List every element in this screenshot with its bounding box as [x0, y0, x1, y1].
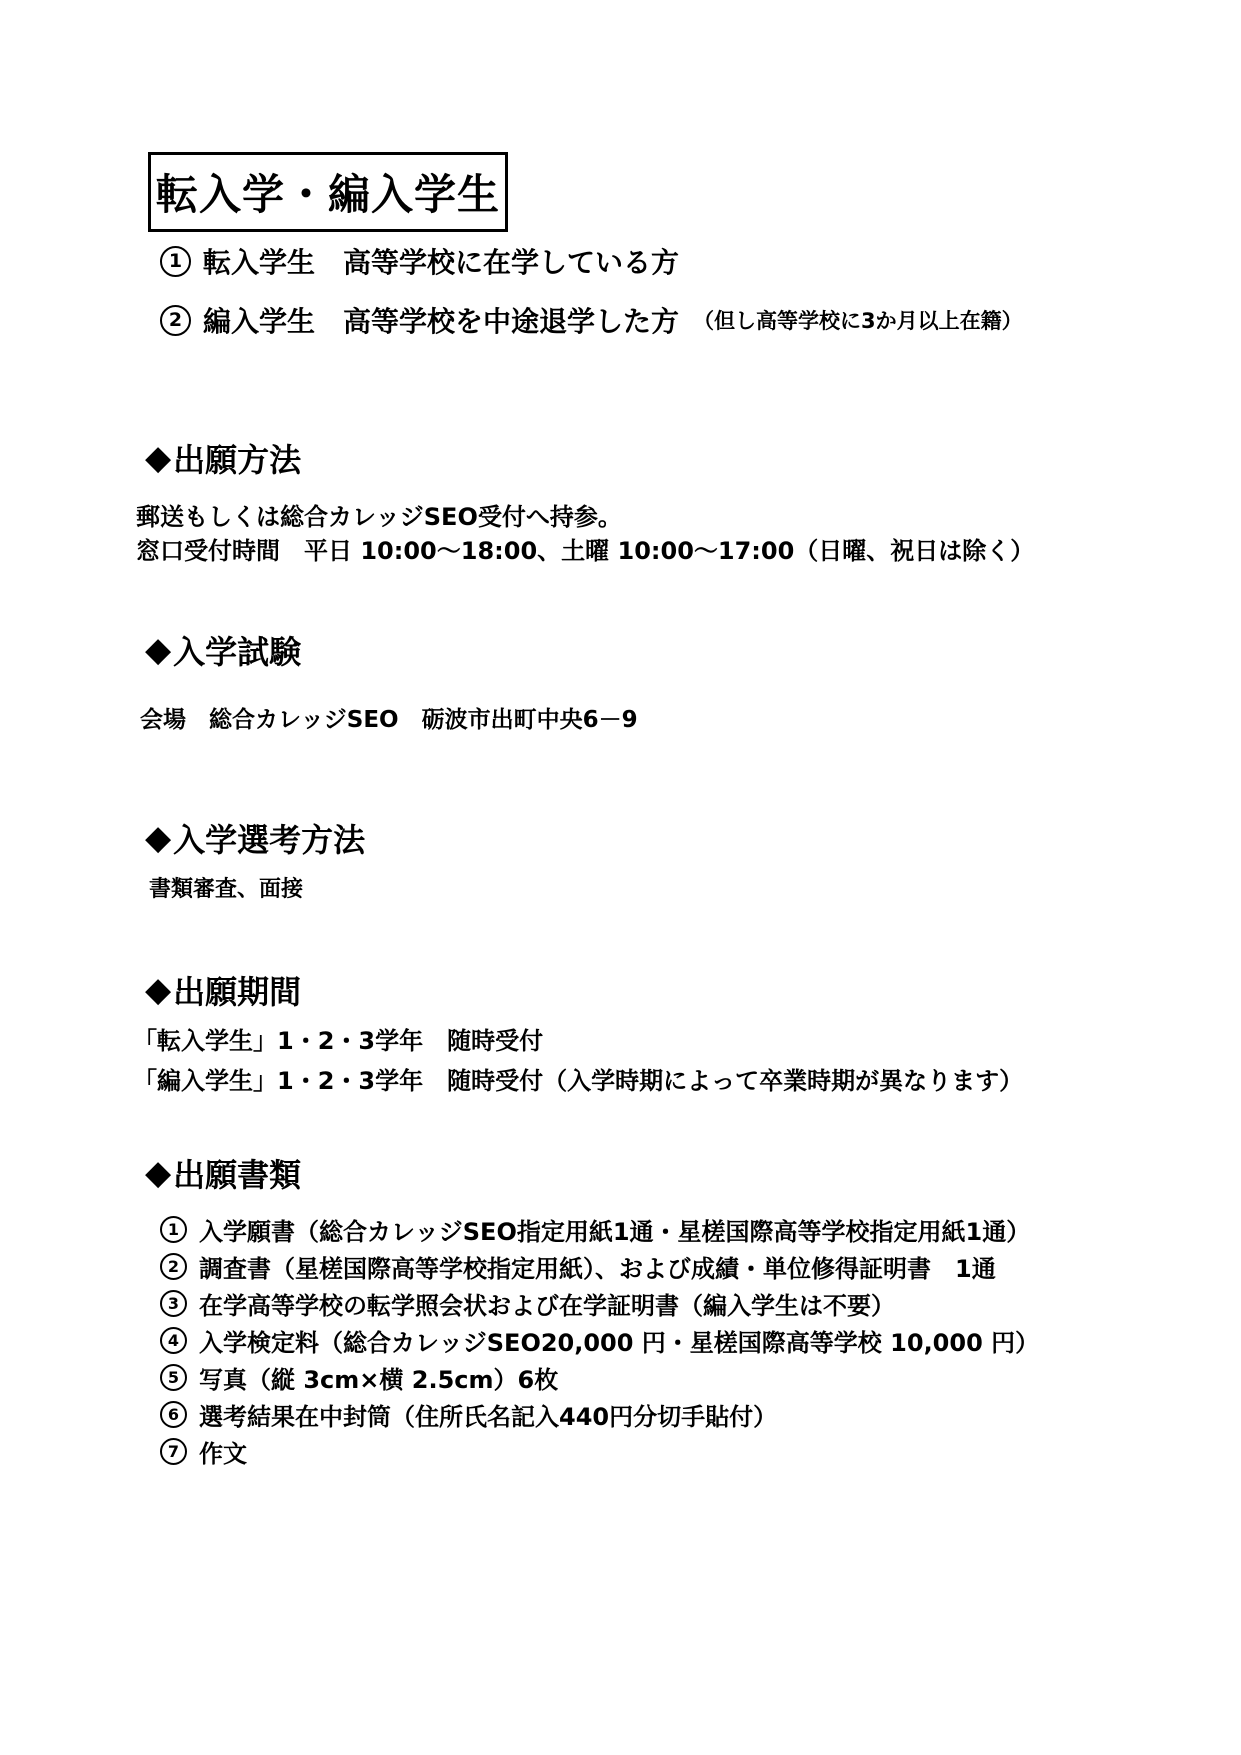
document-page: 転入学・編入学生 1 転入学生 高等学校に在学している方 2 編入学生 高等学校… [0, 0, 1241, 1755]
section-heading-label: 出願方法 [173, 435, 301, 481]
circled-number-5-icon: 5 [160, 1364, 187, 1391]
section-heading-label: 入学選考方法 [173, 815, 365, 861]
section-heading-application-method: ◆ 出願方法 [145, 435, 301, 481]
period-line-readmission: 「編入学生」1・2・3学年 随時受付（入学時期によって卒業時期が異なります） [133, 1061, 1023, 1101]
selection-method-line: 書類審査、面接 [149, 873, 303, 907]
exam-venue-line: 会場 総合カレッジSEO 砺波市出町中央6－9 [140, 703, 638, 737]
section-heading-selection-method: ◆ 入学選考方法 [145, 815, 365, 861]
intro-note-readmission: （但し高等学校に3か月以上在籍） [693, 305, 1023, 335]
section-heading-label: 入学試験 [173, 627, 301, 673]
selection-method-body: 書類審査、面接 [149, 873, 303, 907]
diamond-icon: ◆ [145, 970, 171, 1010]
diamond-icon: ◆ [145, 630, 171, 670]
section-heading-label: 出願書類 [173, 1150, 301, 1196]
document-item-text: 在学高等学校の転学照会状および在学証明書（編入学生は不要） [199, 1286, 895, 1321]
diamond-icon: ◆ [145, 1153, 171, 1193]
circled-number-2-icon: 2 [160, 1253, 187, 1280]
document-item-text: 入学願書（総合カレッジSEO指定用紙1通・星槎国際高等学校指定用紙1通） [199, 1212, 1030, 1247]
document-title: 転入学・編入学生 [156, 162, 500, 222]
list-item: 7 作文 [160, 1433, 1039, 1470]
document-item-text: 写真（縦 3cm×横 2.5cm）6枚 [199, 1360, 558, 1395]
circled-number-3-icon: 3 [160, 1290, 187, 1317]
application-method-line-2: 窓口受付時間 平日 10:00～18:00、土曜 10:00～17:00（日曜、… [136, 534, 1034, 568]
section-heading-application-period: ◆ 出願期間 [145, 967, 301, 1013]
diamond-icon: ◆ [145, 818, 171, 858]
circled-number-6-icon: 6 [160, 1401, 187, 1428]
application-period-body: 「転入学生」1・2・3学年 随時受付 「編入学生」1・2・3学年 随時受付（入学… [133, 1021, 1023, 1101]
section-heading-application-documents: ◆ 出願書類 [145, 1150, 301, 1196]
application-method-line-1: 郵送もしくは総合カレッジSEO受付へ持参。 [136, 500, 1034, 534]
list-item: 4 入学検定料（総合カレッジSEO20,000 円・星槎国際高等学校 10,00… [160, 1322, 1039, 1359]
list-item: 5 写真（縦 3cm×横 2.5cm）6枚 [160, 1359, 1039, 1396]
circled-number-1-icon: 1 [160, 246, 191, 277]
intro-text-transfer: 転入学生 高等学校に在学している方 [203, 241, 679, 281]
intro-line-readmission: 2 編入学生 高等学校を中途退学した方 （但し高等学校に3か月以上在籍） [160, 300, 1023, 340]
section-heading-entrance-exam: ◆ 入学試験 [145, 627, 301, 673]
entrance-exam-body: 会場 総合カレッジSEO 砺波市出町中央6－9 [140, 703, 638, 737]
section-heading-label: 出願期間 [173, 967, 301, 1013]
circled-number-4-icon: 4 [160, 1327, 187, 1354]
document-item-text: 入学検定料（総合カレッジSEO20,000 円・星槎国際高等学校 10,000 … [199, 1323, 1039, 1358]
application-documents-list: 1 入学願書（総合カレッジSEO指定用紙1通・星槎国際高等学校指定用紙1通） 2… [160, 1211, 1039, 1470]
document-item-text: 作文 [199, 1434, 247, 1469]
diamond-icon: ◆ [145, 438, 171, 478]
circled-number-7-icon: 7 [160, 1438, 187, 1465]
list-item: 1 入学願書（総合カレッジSEO指定用紙1通・星槎国際高等学校指定用紙1通） [160, 1211, 1039, 1248]
circled-number-2-icon: 2 [160, 305, 191, 336]
list-item: 2 調査書（星槎国際高等学校指定用紙）、および成績・単位修得証明書 1通 [160, 1248, 1039, 1285]
application-method-body: 郵送もしくは総合カレッジSEO受付へ持参。 窓口受付時間 平日 10:00～18… [136, 500, 1034, 568]
period-line-transfer: 「転入学生」1・2・3学年 随時受付 [133, 1021, 1023, 1061]
document-item-text: 調査書（星槎国際高等学校指定用紙）、および成績・単位修得証明書 1通 [199, 1249, 996, 1284]
document-title-box: 転入学・編入学生 [148, 152, 508, 232]
list-item: 6 選考結果在中封筒（住所氏名記入440円分切手貼付） [160, 1396, 1039, 1433]
document-item-text: 選考結果在中封筒（住所氏名記入440円分切手貼付） [199, 1397, 777, 1432]
intro-text-readmission: 編入学生 高等学校を中途退学した方 [203, 300, 679, 340]
intro-line-transfer: 1 転入学生 高等学校に在学している方 [160, 241, 679, 281]
circled-number-1-icon: 1 [160, 1216, 187, 1243]
list-item: 3 在学高等学校の転学照会状および在学証明書（編入学生は不要） [160, 1285, 1039, 1322]
